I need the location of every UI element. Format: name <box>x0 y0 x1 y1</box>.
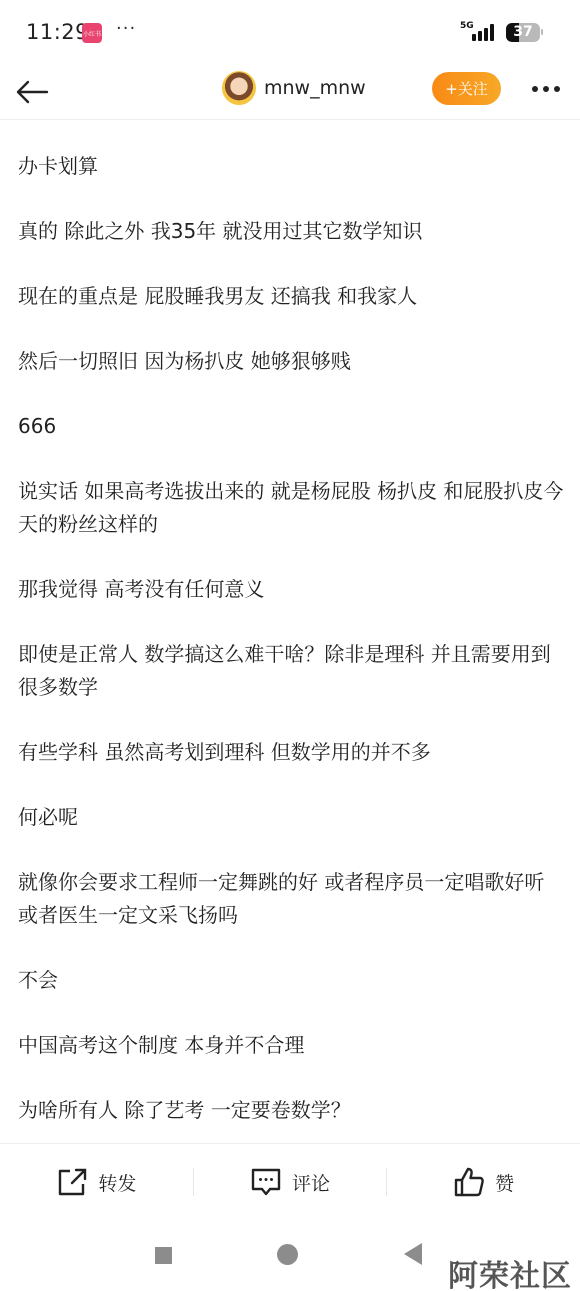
battery-icon: 37 <box>506 23 540 42</box>
share-icon <box>56 1167 88 1197</box>
post-paragraph: 中国高考这个制度 本身并不合理 <box>18 1029 566 1062</box>
home-button[interactable] <box>277 1244 298 1265</box>
post-paragraph: 666 <box>18 410 566 443</box>
system-back-button[interactable] <box>404 1243 422 1265</box>
like-label: 赞 <box>495 1169 514 1196</box>
comment-button[interactable]: 评论 <box>194 1144 387 1224</box>
signal-strength-icon <box>472 24 494 41</box>
battery-tip <box>541 29 543 35</box>
battery-level: 37 <box>506 23 540 42</box>
post-paragraph: 办卡划算 <box>18 150 566 183</box>
app-notification-icon: 小红书 <box>82 23 102 43</box>
post-paragraph: 那我觉得 高考没有任何意义 <box>18 573 566 606</box>
more-notifications-icon: ··· <box>116 18 136 39</box>
share-label: 转发 <box>98 1169 136 1196</box>
dot-icon <box>543 86 549 92</box>
post-paragraph: 为啥所有人 除了艺考 一定要卷数学？ <box>18 1094 566 1127</box>
follow-button[interactable]: +关注 <box>432 72 501 105</box>
status-time: 11:29 <box>26 20 89 44</box>
avatar[interactable] <box>222 71 256 105</box>
username[interactable]: mnw_mnw <box>264 77 366 99</box>
comment-label: 评论 <box>292 1169 330 1196</box>
post-paragraph: 即使是正常人 数学搞这么难干啥？除非是理科 并且需要用到很多数学 <box>18 638 566 704</box>
post-content: 办卡划算 真的 除此之外 我35年 就没用过其它数学知识 现在的重点是 屁股睡我… <box>18 150 566 1159</box>
post-paragraph: 真的 除此之外 我35年 就没用过其它数学知识 <box>18 215 566 248</box>
like-button[interactable]: 赞 <box>387 1144 580 1224</box>
post-paragraph: 说实话 如果高考选拔出来的 就是杨屁股 杨扒皮 和屁股扒皮今天的粉丝这样的 <box>18 475 566 541</box>
post-paragraph: 然后一切照旧 因为杨扒皮 她够狠够贱 <box>18 345 566 378</box>
status-bar: 11:29 小红书 ··· 5G 37 <box>0 0 580 64</box>
thumbs-up-icon <box>453 1166 485 1198</box>
action-bar: 转发 评论 赞 <box>0 1143 580 1225</box>
post-paragraph: 不会 <box>18 964 566 997</box>
post-paragraph: 何必呢 <box>18 801 566 834</box>
more-options-button[interactable] <box>528 78 564 100</box>
back-button[interactable] <box>14 74 50 110</box>
post-paragraph: 就像你会要求工程师一定舞跳的好 或者程序员一定唱歌好听 或者医生一定文采飞扬吗 <box>18 866 566 932</box>
recent-apps-button[interactable] <box>155 1247 172 1264</box>
post-paragraph: 现在的重点是 屁股睡我男友 还搞我 和我家人 <box>18 280 566 313</box>
post-paragraph: 有些学科 虽然高考划到理科 但数学用的并不多 <box>18 736 566 769</box>
system-navigation-bar: 阿荣社区 <box>0 1225 580 1291</box>
watermark: 阿荣社区 <box>448 1251 572 1291</box>
post-header: mnw_mnw +关注 <box>0 64 580 120</box>
comment-icon <box>250 1167 282 1197</box>
arrow-left-icon <box>15 80 49 104</box>
dot-icon <box>532 86 538 92</box>
share-button[interactable]: 转发 <box>0 1144 193 1224</box>
dot-icon <box>554 86 560 92</box>
